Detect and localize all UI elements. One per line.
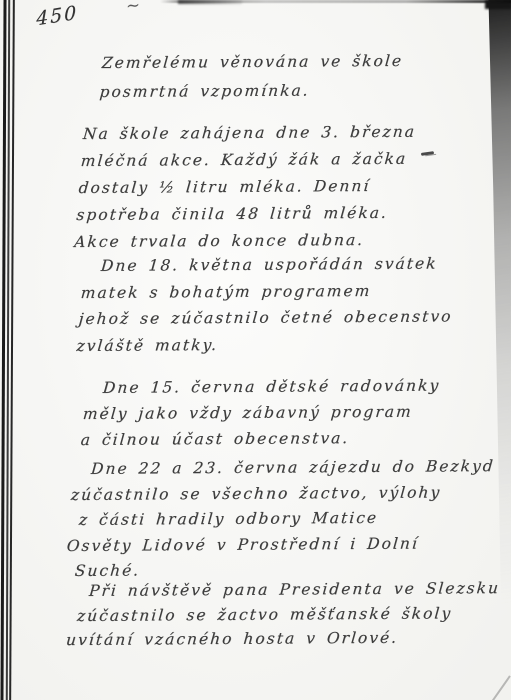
paragraph-president-visit: Při návštěvě pana Presidenta ve Slezsku …	[74, 576, 501, 652]
handwritten-line: Při návštěvě pana Presidenta ve Slezsku	[78, 576, 501, 603]
handwritten-line: Osvěty Lidové v Prostřední i Dolní	[66, 531, 490, 559]
handwritten-line: Na škole zahájena dne 3. března	[82, 119, 417, 148]
scratch-bottom-right	[490, 675, 511, 700]
tilde-mark: ~	[125, 0, 141, 17]
paragraph-milk-action: Na škole zahájena dne 3. března mléčná a…	[73, 119, 417, 256]
handwritten-line: jehož se zúčastnilo četné obecenstvo	[78, 303, 454, 332]
handwritten-line: matek s bohatým programem	[80, 277, 456, 306]
handwritten-line: zvláště matky.	[75, 330, 451, 359]
chronicle-page-scan: 450 ~ Zemřelému věnována ve škole posmrt…	[0, 0, 511, 700]
handwritten-line: Zemřelému věnována ve škole	[101, 47, 405, 78]
handwritten-line: zúčastnilo se všechno žactvo, výlohy	[70, 480, 494, 508]
top-edge-smear	[178, 0, 242, 4]
handwritten-line: posmrtná vzpomínka.	[98, 76, 402, 107]
page-number: 450	[36, 2, 78, 31]
handwritten-line: zúčastnilo se žactvo měšťanské školy	[76, 601, 499, 628]
binding-edge	[0, 0, 16, 700]
binding-line	[9, 0, 15, 700]
paragraph-children-festivity: Dne 15. června dětské radovánky měly jak…	[80, 373, 442, 453]
handwritten-line: mléčná akce. Každý žák a žačka	[80, 146, 415, 175]
handwritten-line: spotřeba činila 48 litrů mléka.	[75, 200, 410, 229]
handwritten-line: Dne 22 a 23. června zájezdu do Bezkyd	[72, 454, 496, 482]
paragraph-mothers-day: Dne 18. května uspořádán svátek matek s …	[75, 250, 457, 359]
paragraph-trip-beskydy: Dne 22 a 23. června zájezdu do Bezkyd zú…	[64, 454, 496, 584]
paragraph-memorial: Zemřelému věnována ve škole posmrtná vzp…	[98, 47, 404, 107]
stray-ink-mark	[421, 151, 434, 156]
handwritten-line: měly jako vždy zábavný program	[82, 399, 439, 427]
handwritten-line: Dne 18. května uspořádán svátek	[82, 250, 458, 279]
handwritten-line: z části hradily odbory Matice	[68, 505, 492, 533]
handwritten-line: dostaly ½ litru mléka. Denní	[77, 173, 412, 202]
handwritten-line: Dne 15. června dětské radovánky	[84, 373, 441, 401]
handwritten-line: a čilnou účast obecenstva.	[80, 425, 437, 453]
handwritten-line: uvítání vzácného hosta v Orlové.	[65, 625, 497, 652]
